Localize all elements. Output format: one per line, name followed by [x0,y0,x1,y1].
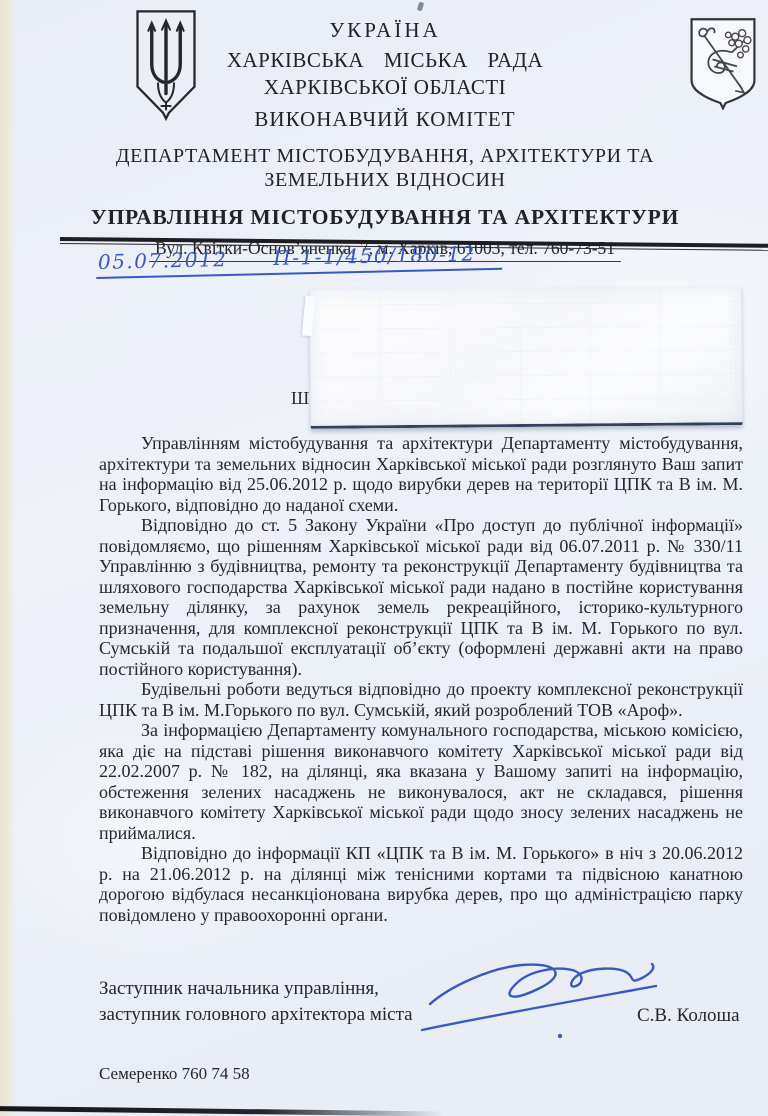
signer-titles: Заступник начальника управління, заступн… [99,976,413,1028]
scan-edge-strip [0,0,15,1116]
signer-title-line1: Заступник начальника управління, [99,976,413,1002]
letter-body: Управлінням містобудування та архітектур… [99,433,743,925]
letterhead: УКРАЇНА ХАРКІВСЬКА МІСЬКА РАДА ХАРКІВСЬК… [55,0,715,262]
letterhead-committee: ВИКОНАВЧИЙ КОМІТЕТ [55,107,715,132]
letterhead-council-line2: ХАРКІВСЬКОЇ ОБЛАСТІ [55,75,715,100]
paragraph: Відповідно до інформації КП «ЦПК та В ім… [99,843,743,925]
paragraph: Відповідно до ст. 5 Закону України «Про … [99,515,743,679]
letterhead-department-line2: ЗЕМЕЛЬНИХ ВІДНОСИН [264,169,505,191]
signer-name: С.В. Колоша [637,1005,740,1027]
letterhead-department: ДЕПАРТАМЕНТ МІСТОБУДУВАННЯ, АРХІТЕКТУРИ … [55,144,715,192]
paragraph: Управлінням містобудування та архітектур… [99,433,743,515]
handwritten-date: 05.07.2012 [98,247,228,274]
executor-contact: Семеренко 760 74 58 [99,1064,250,1084]
letterhead-council-line1: ХАРКІВСЬКА МІСЬКА РАДА [55,48,715,73]
letterhead-office: УПРАВЛІННЯ МІСТОБУДУВАННЯ ТА АРХІТЕКТУРИ [55,205,715,230]
signer-title-line2: заступник головного архітектора міста [99,1002,413,1028]
scan-bottom-edge [0,1106,444,1116]
paragraph: За інформацією Департаменту комунального… [99,720,743,843]
handwritten-number: П-1-1/450/180-12 [273,241,476,270]
paragraph: Будівельні роботи ведуться відповідно до… [99,679,743,720]
letterhead-country: УКРАЇНА [55,18,715,43]
scanned-letter: { "page": { "paper_color": "#eef1f8", "t… [0,0,768,1116]
letterhead-department-line1: ДЕПАРТАМЕНТ МІСТОБУДУВАННЯ, АРХІТЕКТУРИ … [116,145,654,167]
privacy-sticker-overlay [309,286,742,429]
addressee-visible-letter: Ш [291,388,309,409]
